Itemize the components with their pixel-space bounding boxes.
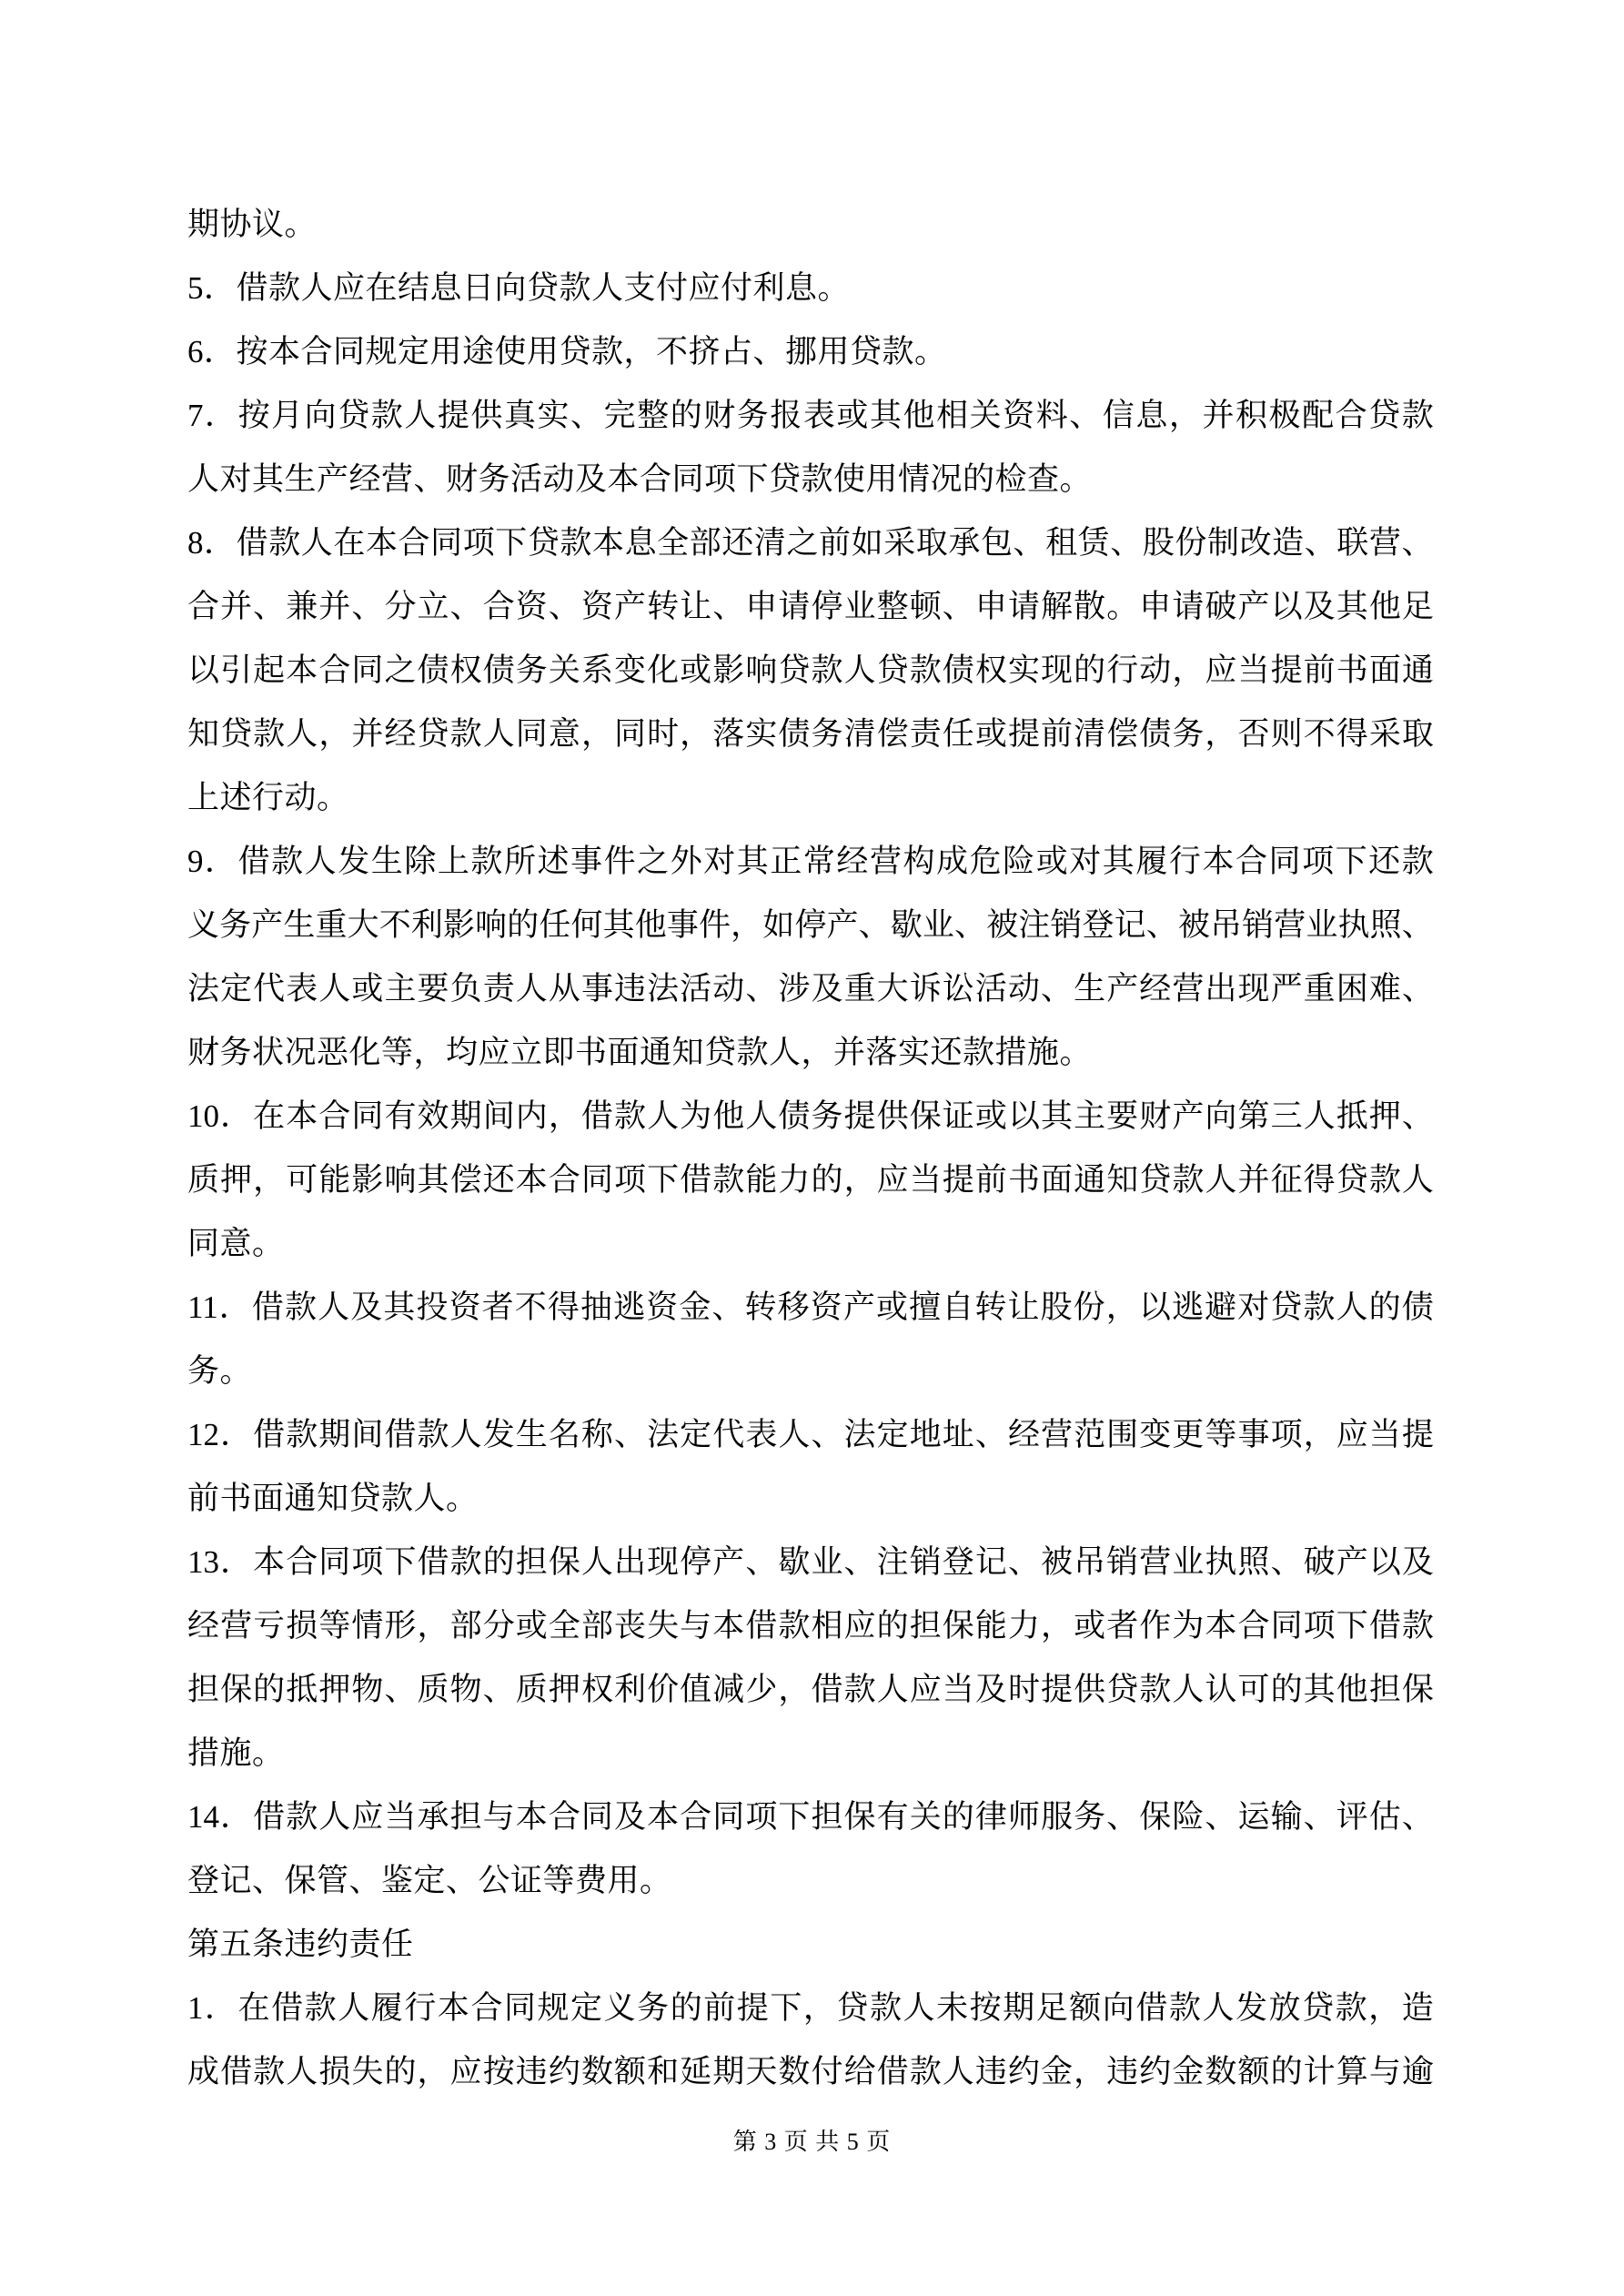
text-line: 5．借款人应在结息日向贷款人支付应付利息。 <box>187 257 1434 320</box>
text-line: 同意。 <box>187 1212 1434 1276</box>
text-line: 6．按本合同规定用途使用贷款，不挤占、挪用贷款。 <box>187 320 1434 384</box>
text-line: 期协议。 <box>187 193 1434 257</box>
text-line: 知贷款人，并经贷款人同意，同时，落实债务清偿责任或提前清偿债务，否则不得采取 <box>187 703 1434 766</box>
text-line: 第五条违约责任 <box>187 1913 1434 1977</box>
text-line: 经营亏损等情形，部分或全部丧失与本借款相应的担保能力，或者作为本合同项下借款 <box>187 1594 1434 1658</box>
document-body: 期协议。5．借款人应在结息日向贷款人支付应付利息。6．按本合同规定用途使用贷款，… <box>187 193 1434 2104</box>
text-line: 人对其生产经营、财务活动及本合同项下贷款使用情况的检查。 <box>187 448 1434 511</box>
text-line: 14．借款人应当承担与本合同及本合同项下担保有关的律师服务、保险、运输、评估、 <box>187 1785 1434 1849</box>
text-line: 7．按月向贷款人提供真实、完整的财务报表或其他相关资料、信息，并积极配合贷款 <box>187 384 1434 448</box>
text-line: 义务产生重大不利影响的任何其他事件，如停产、歇业、被注销登记、被吊销营业执照、 <box>187 894 1434 957</box>
text-line: 成借款人损失的，应按违约数额和延期天数付给借款人违约金，违约金数额的计算与逾 <box>187 2040 1434 2104</box>
document-page: 期协议。5．借款人应在结息日向贷款人支付应付利息。6．按本合同规定用途使用贷款，… <box>0 0 1624 2296</box>
text-line: 以引起本合同之债权债务关系变化或影响贷款人贷款债权实现的行动，应当提前书面通 <box>187 639 1434 703</box>
text-line: 财务状况恶化等，均应立即书面通知贷款人，并落实还款措施。 <box>187 1021 1434 1085</box>
text-line: 措施。 <box>187 1722 1434 1785</box>
text-line: 登记、保管、鉴定、公证等费用。 <box>187 1849 1434 1913</box>
text-line: 9．借款人发生除上款所述事件之外对其正常经营构成危险或对其履行本合同项下还款 <box>187 830 1434 894</box>
text-line: 担保的抵押物、质物、质押权利价值减少，借款人应当及时提供贷款人认可的其他担保 <box>187 1658 1434 1722</box>
text-line: 12．借款期间借款人发生名称、法定代表人、法定地址、经营范围变更等事项，应当提 <box>187 1403 1434 1467</box>
text-line: 11．借款人及其投资者不得抽逃资金、转移资产或擅自转让股份，以逃避对贷款人的债 <box>187 1276 1434 1340</box>
text-line: 上述行动。 <box>187 766 1434 830</box>
text-line: 前书面通知贷款人。 <box>187 1467 1434 1531</box>
text-line: 务。 <box>187 1340 1434 1403</box>
text-line: 13．本合同项下借款的担保人出现停产、歇业、注销登记、被吊销营业执照、破产以及 <box>187 1531 1434 1594</box>
text-line: 10．在本合同有效期间内，借款人为他人债务提供保证或以其主要财产向第三人抵押、 <box>187 1085 1434 1148</box>
text-line: 质押，可能影响其偿还本合同项下借款能力的，应当提前书面通知贷款人并征得贷款人 <box>187 1148 1434 1212</box>
text-line: 1．在借款人履行本合同规定义务的前提下，贷款人未按期足额向借款人发放贷款，造 <box>187 1977 1434 2040</box>
text-line: 合并、兼并、分立、合资、资产转让、申请停业整顿、申请解散。申请破产以及其他足 <box>187 575 1434 639</box>
page-footer: 第 3 页 共 5 页 <box>0 2124 1624 2160</box>
text-line: 法定代表人或主要负责人从事违法活动、涉及重大诉讼活动、生产经营出现严重困难、 <box>187 957 1434 1021</box>
text-line: 8．借款人在本合同项下贷款本息全部还清之前如采取承包、租赁、股份制改造、联营、 <box>187 511 1434 575</box>
